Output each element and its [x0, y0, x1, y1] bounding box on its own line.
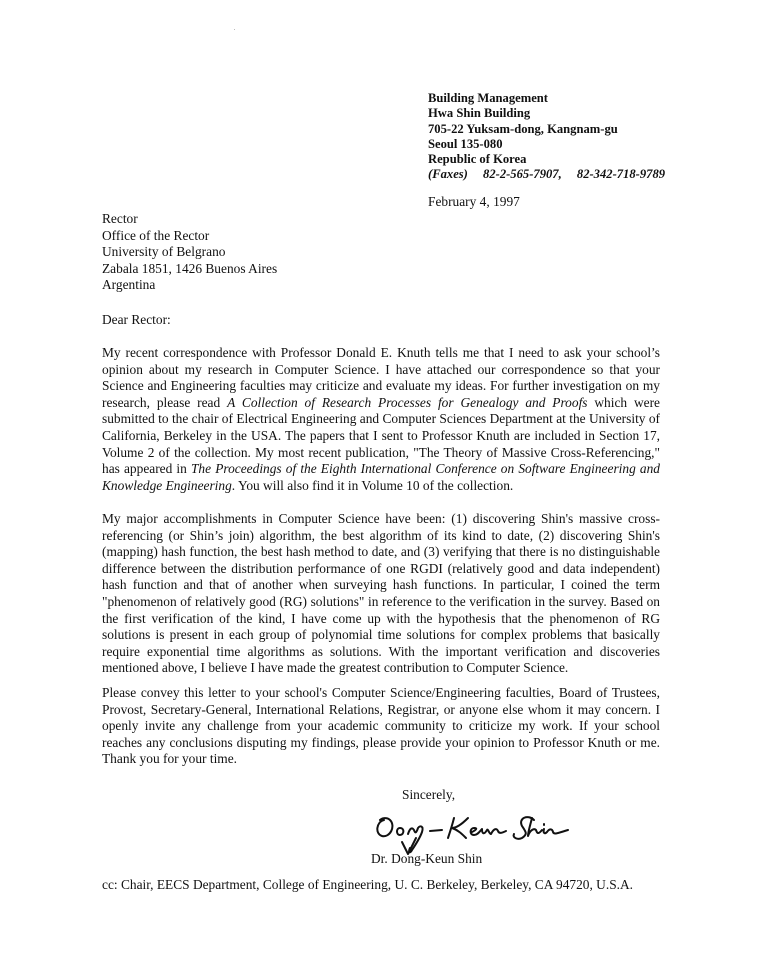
sender-line: Seoul 135-080 [428, 137, 677, 152]
scan-speck [234, 29, 235, 30]
faxes-label: (Faxes) [428, 167, 468, 181]
body-paragraph-2: My major accomplishments in Computer Sci… [102, 511, 660, 677]
publication-title: A Collection of Research Processes for G… [227, 395, 587, 410]
sender-line: Building Management [428, 91, 677, 106]
recipient-line: Office of the Rector [102, 228, 277, 245]
p1-text-c: . You will also find it in Volume 10 of … [232, 478, 513, 493]
sender-line: Republic of Korea [428, 152, 677, 167]
signer-name: Dr. Dong-Keun Shin [371, 851, 482, 867]
body-paragraph-3: Please convey this letter to your school… [102, 685, 660, 768]
fax-number: 82-342-718-9789 [577, 167, 665, 181]
sender-line: 705-22 Yuksam-dong, Kangnam-gu [428, 122, 677, 137]
letter-date: February 4, 1997 [428, 194, 520, 210]
sender-address: Building Management Hwa Shin Building 70… [428, 91, 677, 183]
sender-faxes: (Faxes) 82-2-565-7907, 82-342-718-9789 [428, 167, 677, 182]
sender-line: Hwa Shin Building [428, 106, 677, 121]
cc-line: cc: Chair, EECS Department, College of E… [102, 877, 633, 893]
recipient-line: Argentina [102, 277, 277, 294]
body-paragraph-1: My recent correspondence with Professor … [102, 345, 660, 494]
salutation: Dear Rector: [102, 312, 171, 328]
recipient-line: Zabala 1851, 1426 Buenos Aires [102, 261, 277, 278]
handwritten-signature: Dong-Keun Shin [372, 800, 602, 856]
letter-page: Building Management Hwa Shin Building 70… [0, 0, 760, 977]
recipient-address: Rector Office of the Rector University o… [102, 211, 277, 294]
fax-number: 82-2-565-7907, [483, 167, 562, 181]
recipient-line: University of Belgrano [102, 244, 277, 261]
recipient-line: Rector [102, 211, 277, 228]
